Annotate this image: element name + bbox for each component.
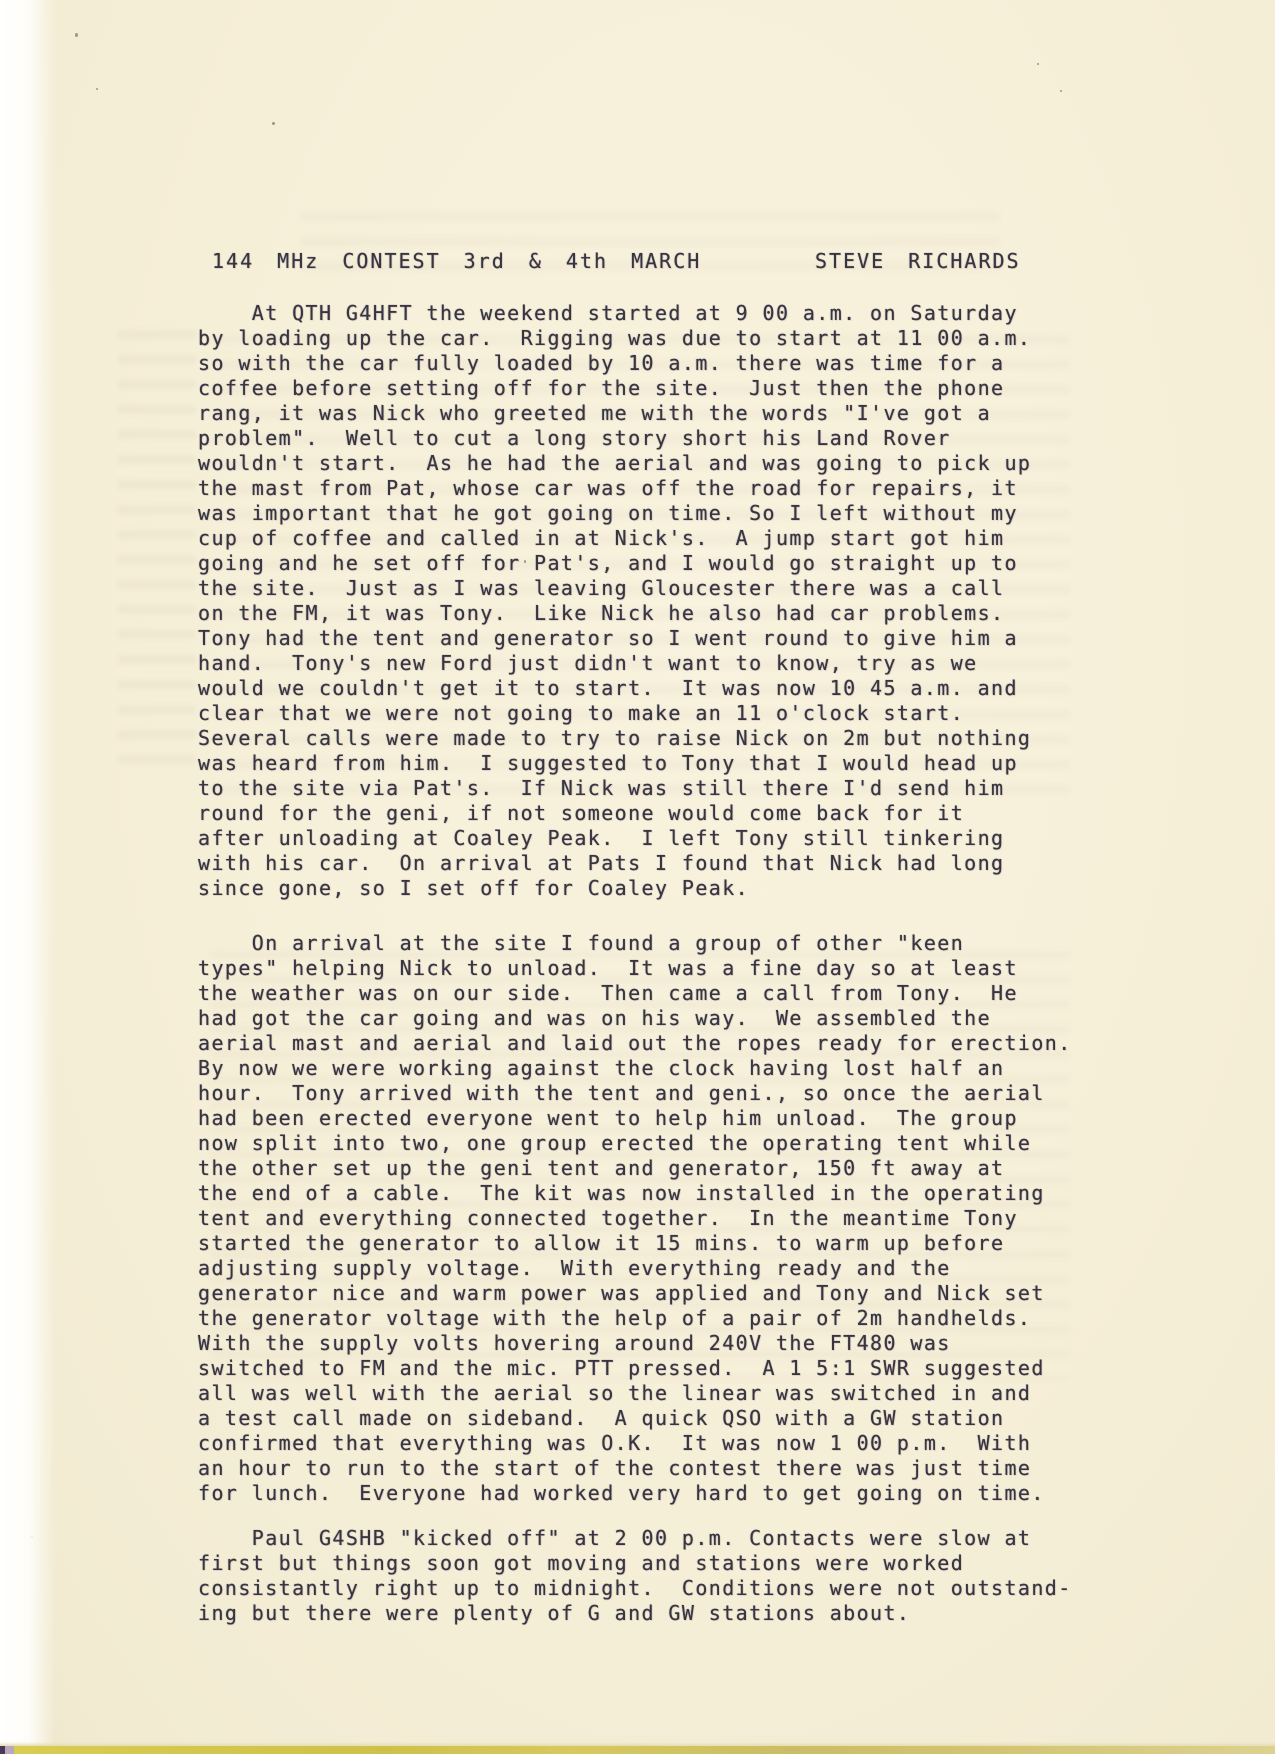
bleed-through-texture: [118, 330, 196, 780]
paper-speck: [75, 33, 78, 37]
paper-speck: [272, 122, 275, 125]
paper-speck: [1060, 90, 1062, 92]
paragraph: On arrival at the site I found a group o…: [198, 931, 1158, 1506]
paragraph: At QTH G4HFT the weekend started at 9 00…: [198, 301, 1158, 901]
scan-edge-left: [0, 0, 60, 1754]
paragraph: Paul G4SHB "kicked off" at 2 00 p.m. Con…: [198, 1526, 1158, 1626]
scanned-typewritten-page: 144 MHz CONTEST 3rd & 4th MARCH STEVE RI…: [0, 0, 1275, 1754]
paper-speck: [1037, 63, 1039, 65]
paper-speck: [96, 88, 98, 90]
scan-artifact-strip: [0, 1746, 1275, 1754]
author-byline: STEVE RICHARDS: [815, 249, 1021, 274]
page-title: 144 MHz CONTEST 3rd & 4th MARCH: [212, 249, 701, 274]
